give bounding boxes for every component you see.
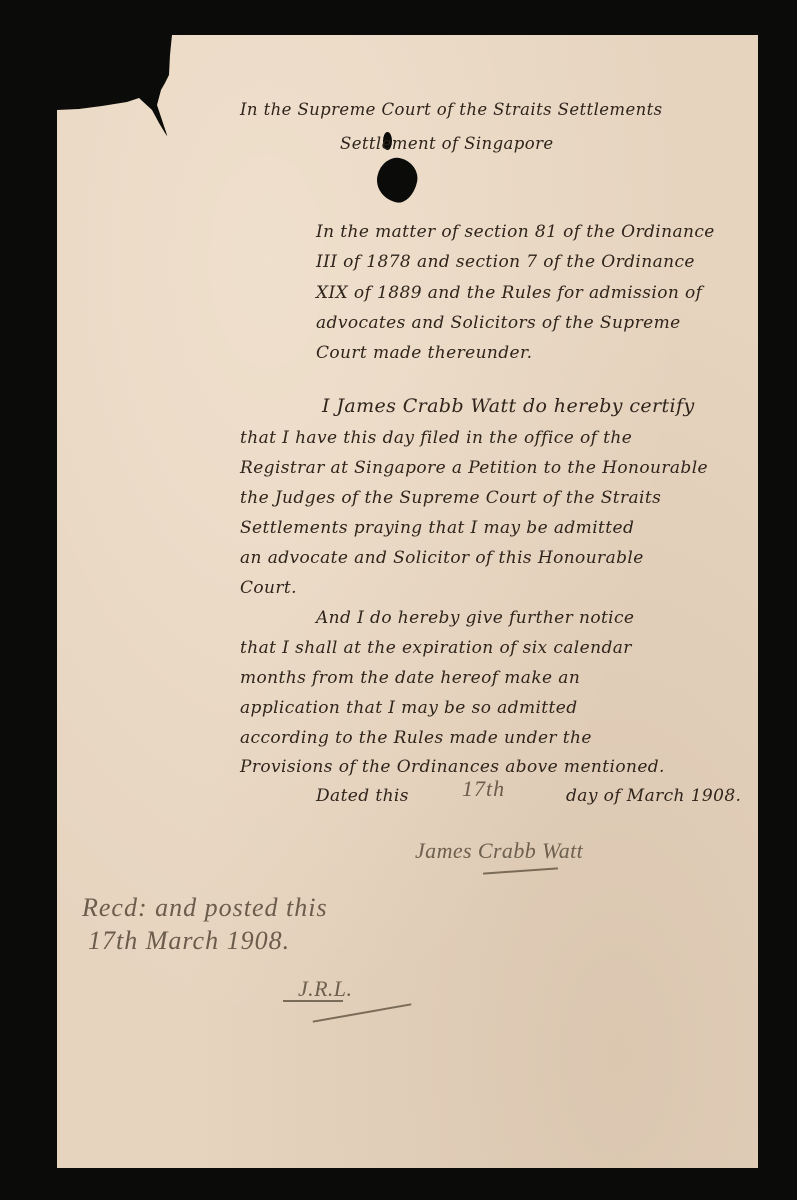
certification-line: the Judges of the Supreme Court of the S… — [240, 488, 661, 508]
notice-line: application that I may be so admitted — [240, 698, 578, 718]
certification-line: an advocate and Solicitor of this Honour… — [240, 548, 644, 568]
certification-line: Settlements praying that I may be admitt… — [240, 518, 634, 538]
annotation-date: 17th March 1908. — [88, 926, 290, 956]
dated-day: 17th — [462, 776, 505, 802]
notice-line: according to the Rules made under the — [240, 728, 592, 748]
court-heading: In the Supreme Court of the Straits Sett… — [240, 100, 663, 119]
matter-line: In the matter of section 81 of the Ordin… — [316, 222, 715, 242]
notice-line: months from the date hereof make an — [240, 668, 580, 688]
certification-line: I James Crabb Watt do hereby certify — [322, 395, 695, 417]
notice-line: And I do hereby give further notice — [316, 608, 634, 628]
notice-line: that I shall at the expiration of six ca… — [240, 638, 632, 658]
initials-stroke — [283, 1000, 343, 1002]
matter-line: III of 1878 and section 7 of the Ordinan… — [316, 252, 695, 272]
annotation-initials: J.R.L. — [298, 976, 352, 1002]
signature: James Crabb Watt — [415, 838, 583, 864]
certification-line: Registrar at Singapore a Petition to the… — [240, 458, 708, 478]
dated-prefix: Dated this — [316, 786, 409, 806]
notice-line: Provisions of the Ordinances above menti… — [240, 757, 665, 777]
annotation-received: Recd: and posted this — [82, 893, 328, 923]
settlement-heading: Settlement of Singapore — [340, 134, 554, 153]
certification-line: Court. — [240, 578, 297, 598]
matter-line: XIX of 1889 and the Rules for admission … — [316, 283, 702, 303]
matter-line: Court made thereunder. — [316, 343, 533, 363]
matter-line: advocates and Solicitors of the Supreme — [316, 313, 681, 333]
document-page — [57, 35, 758, 1168]
certification-line: that I have this day filed in the office… — [240, 428, 632, 448]
dated-suffix: day of March 1908. — [566, 786, 741, 806]
